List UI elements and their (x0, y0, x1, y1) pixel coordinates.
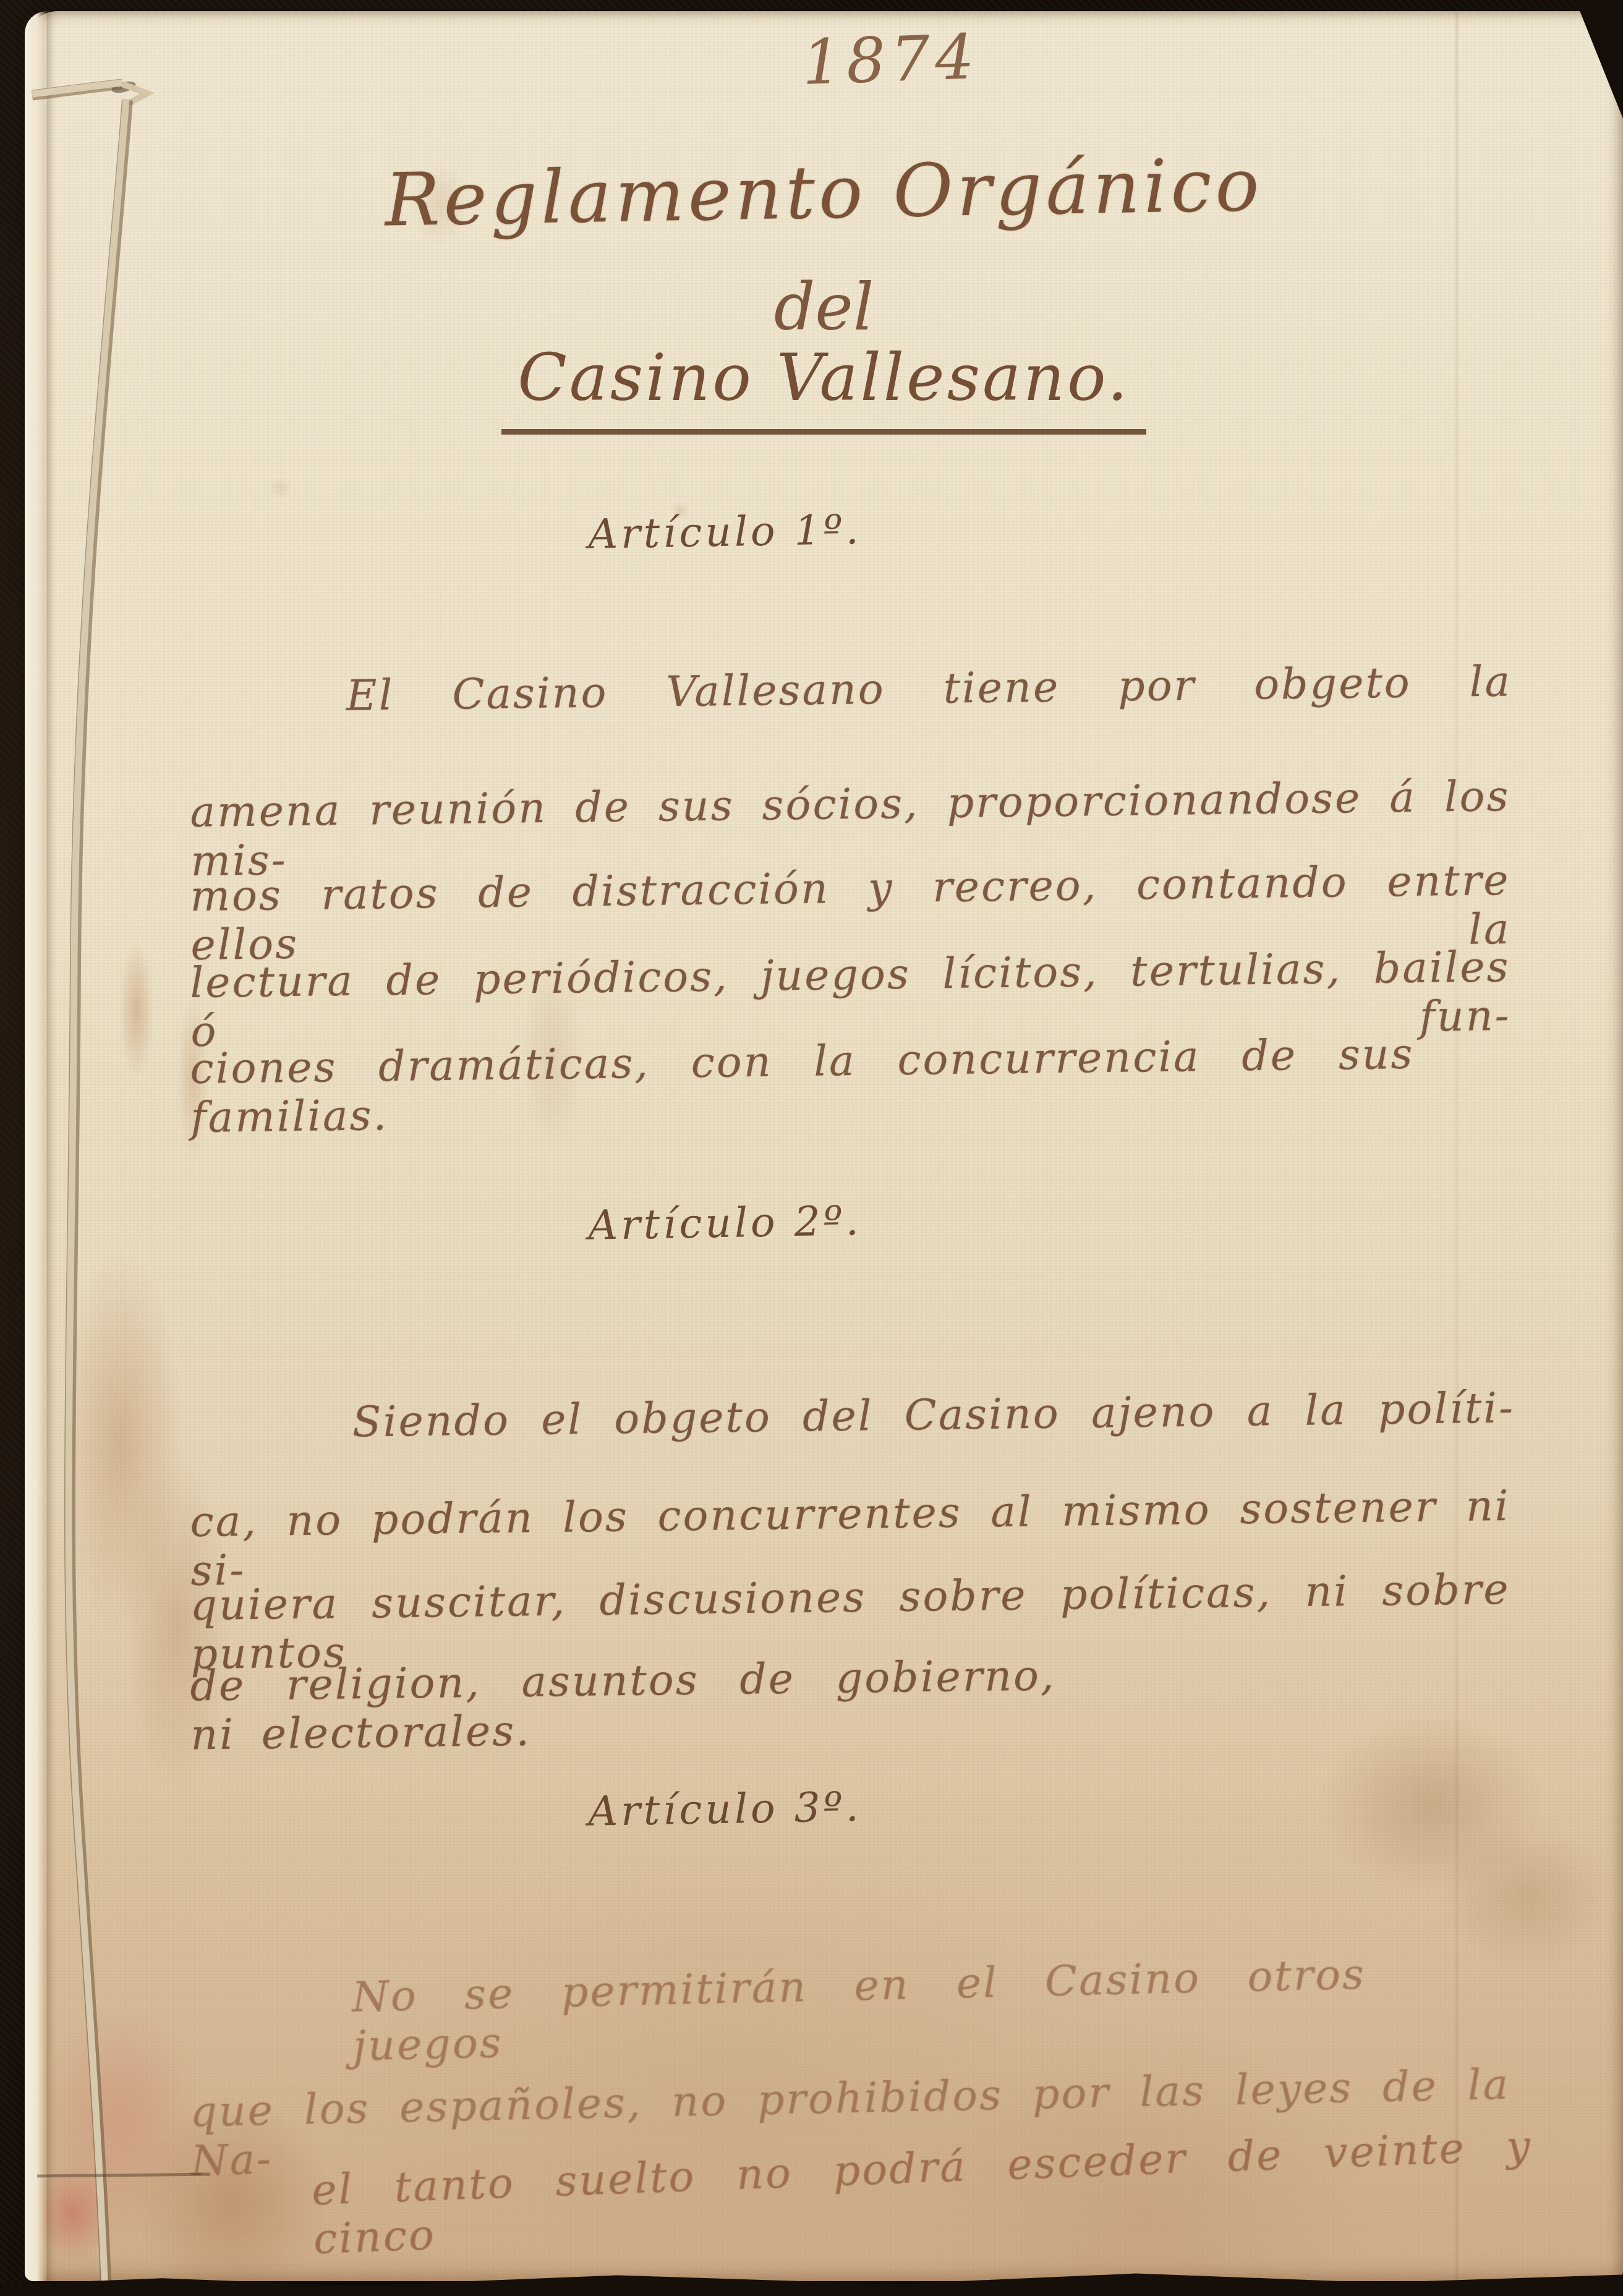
year-annotation: 1874 (91, 0, 1623, 124)
photograph-background: 1874 Reglamento Orgánico del Casino Vall… (0, 0, 1623, 2296)
article-2-line-1: Siendo el obgeto del Casino ajeno a la p… (352, 1384, 1515, 1447)
binding-thread-icon (0, 0, 210, 2296)
article-1-line-1: El Casino Vallesano tiene por obgeto la (346, 657, 1512, 720)
manuscript-page: 1874 Reglamento Orgánico del Casino Vall… (25, 11, 1623, 2281)
article-2-heading: Artículo 2º. (0, 1185, 1524, 1261)
title-line-3: Casino Vallesano. (25, 340, 1623, 415)
title-line-1: Reglamento Orgánico (24, 135, 1623, 249)
article-2-line-4: de religion, asuntos de gobierno, ni ele… (190, 1651, 1057, 1759)
article-1-heading: Artículo 1º. (0, 494, 1524, 569)
article-1-line-5: ciones dramáticas, con la concurrencia d… (190, 1030, 1415, 1142)
title-line-2: del (25, 270, 1623, 345)
article-3-line-1: No se permitirán en el Casino otros jueg… (351, 1950, 1367, 2070)
article-3-heading: Artículo 3º. (0, 1771, 1524, 1847)
title-underlined-text: Casino Vallesano. (501, 340, 1146, 435)
